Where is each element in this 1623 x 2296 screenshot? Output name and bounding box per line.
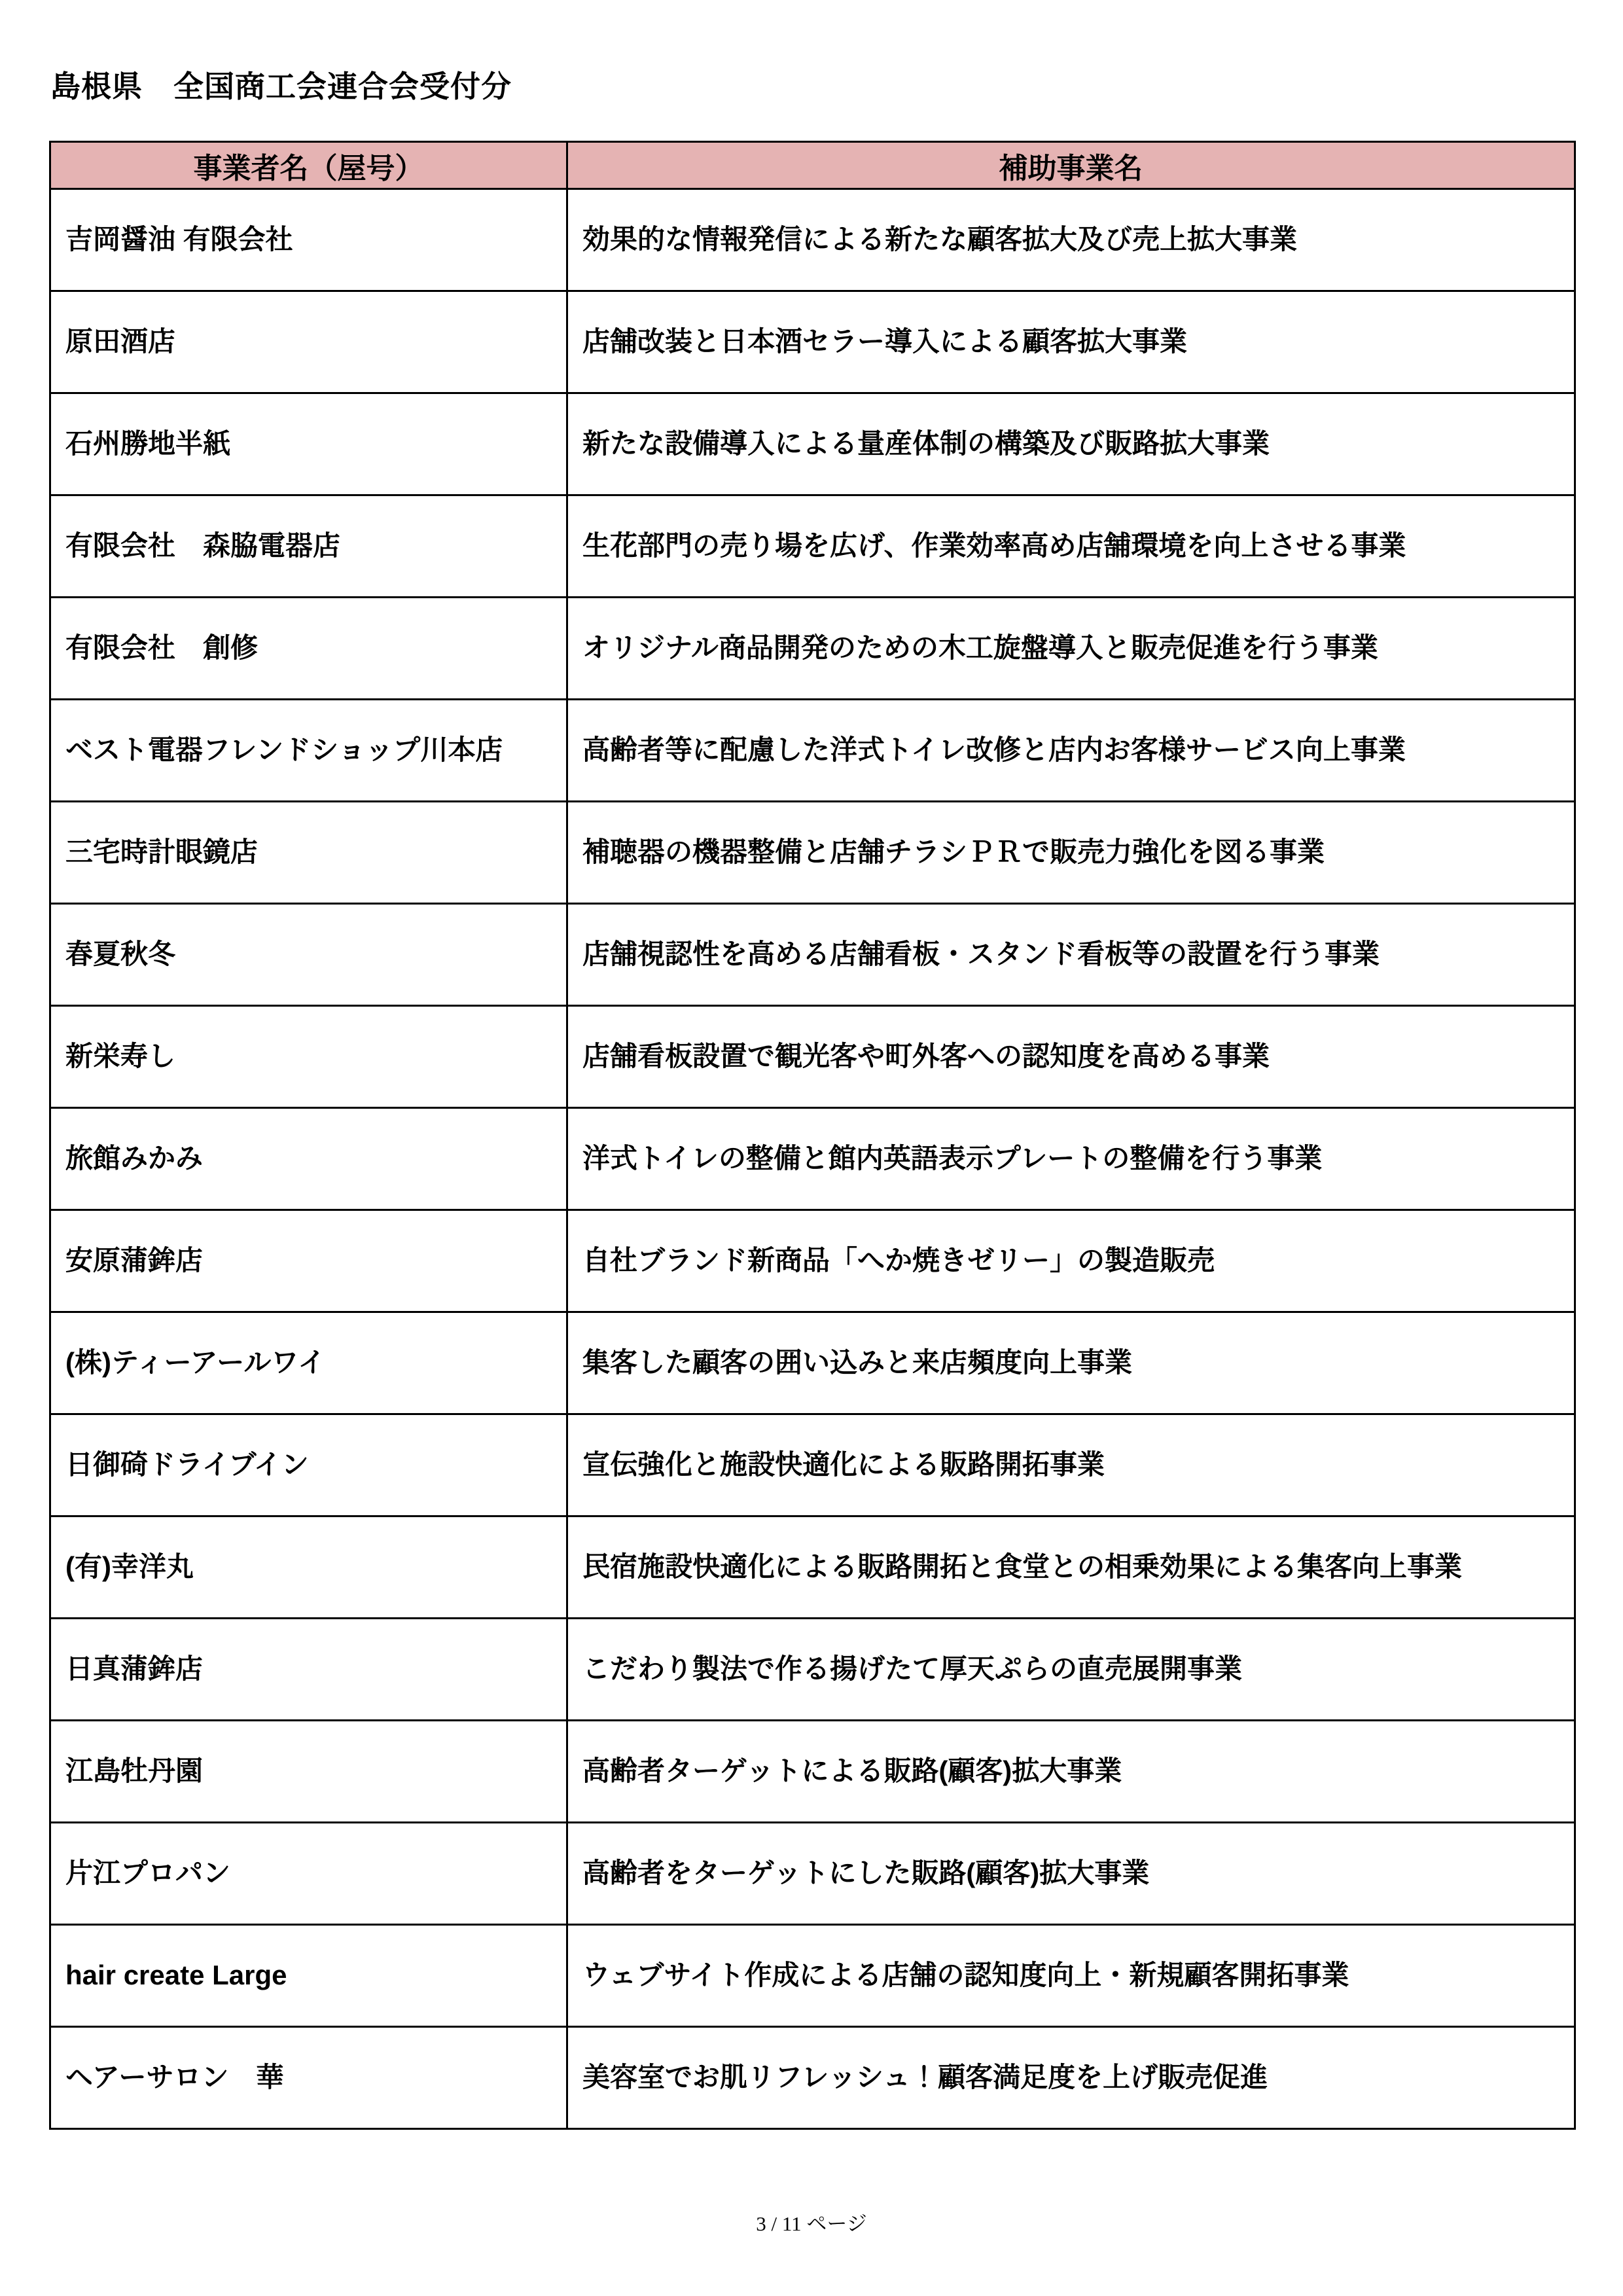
project-name-cell: 高齢者ターゲットによる販路(顧客)拡大事業 (567, 1721, 1575, 1823)
table-row: 旅館みかみ洋式トイレの整備と館内英語表示プレートの整備を行う事業 (50, 1108, 1575, 1210)
table-row: ベスト電器フレンドショップ川本店高齢者等に配慮した洋式トイレ改修と店内お客様サー… (50, 700, 1575, 802)
business-name-cell: 有限会社 森脇電器店 (50, 495, 567, 598)
table-row: (株)ティーアールワイ集客した顧客の囲い込みと来店頻度向上事業 (50, 1312, 1575, 1414)
business-name-cell: ベスト電器フレンドショップ川本店 (50, 700, 567, 802)
project-name-cell: 集客した顧客の囲い込みと来店頻度向上事業 (567, 1312, 1575, 1414)
table-row: 日御碕ドライブイン宣伝強化と施設快適化による販路開拓事業 (50, 1414, 1575, 1516)
project-name-cell: 店舗看板設置で観光客や町外客への認知度を高める事業 (567, 1006, 1575, 1108)
table-row: 有限会社 創修オリジナル商品開発のための木工旋盤導入と販売促進を行う事業 (50, 598, 1575, 700)
table-row: 有限会社 森脇電器店生花部門の売り場を広げ、作業効率高め店舗環境を向上させる事業 (50, 495, 1575, 598)
column-header-business-name: 事業者名（屋号） (50, 142, 567, 189)
project-name-cell: 洋式トイレの整備と館内英語表示プレートの整備を行う事業 (567, 1108, 1575, 1210)
subsidy-table: 事業者名（屋号） 補助事業名 吉岡醤油 有限会社効果的な情報発信による新たな顧客… (49, 141, 1576, 2130)
business-name-cell: 日真蒲鉾店 (50, 1619, 567, 1721)
project-name-cell: 新たな設備導入による量産体制の構築及び販路拡大事業 (567, 393, 1575, 495)
table-body: 吉岡醤油 有限会社効果的な情報発信による新たな顧客拡大及び売上拡大事業原田酒店店… (50, 189, 1575, 2129)
table-row: 江島牡丹園高齢者ターゲットによる販路(顧客)拡大事業 (50, 1721, 1575, 1823)
business-name-cell: 日御碕ドライブイン (50, 1414, 567, 1516)
table-row: 三宅時計眼鏡店補聴器の機器整備と店舗チラシＰＲで販売力強化を図る事業 (50, 802, 1575, 904)
project-name-cell: 民宿施設快適化による販路開拓と食堂との相乗効果による集客向上事業 (567, 1516, 1575, 1619)
project-name-cell: 店舗改装と日本酒セラー導入による顧客拡大事業 (567, 291, 1575, 393)
business-name-cell: 安原蒲鉾店 (50, 1210, 567, 1312)
table-row: 安原蒲鉾店自社ブランド新商品「へか焼きゼリー」の製造販売 (50, 1210, 1575, 1312)
business-name-cell: 春夏秋冬 (50, 904, 567, 1006)
table-header-row: 事業者名（屋号） 補助事業名 (50, 142, 1575, 189)
project-name-cell: ウェブサイト作成による店舗の認知度向上・新規顧客開拓事業 (567, 1925, 1575, 2027)
table-row: 新栄寿し店舗看板設置で観光客や町外客への認知度を高める事業 (50, 1006, 1575, 1108)
table-row: 吉岡醤油 有限会社効果的な情報発信による新たな顧客拡大及び売上拡大事業 (50, 189, 1575, 291)
table-row: (有)幸洋丸民宿施設快適化による販路開拓と食堂との相乗効果による集客向上事業 (50, 1516, 1575, 1619)
table-row: 片江プロパン高齢者をターゲットにした販路(顧客)拡大事業 (50, 1823, 1575, 1925)
project-name-cell: 自社ブランド新商品「へか焼きゼリー」の製造販売 (567, 1210, 1575, 1312)
document-page: { "page": { "title": "島根県 全国商工会連合会受付分", … (0, 0, 1623, 2296)
table-row: 原田酒店店舗改装と日本酒セラー導入による顧客拡大事業 (50, 291, 1575, 393)
project-name-cell: 店舗視認性を高める店舗看板・スタンド看板等の設置を行う事業 (567, 904, 1575, 1006)
business-name-cell: (有)幸洋丸 (50, 1516, 567, 1619)
project-name-cell: 高齢者をターゲットにした販路(顧客)拡大事業 (567, 1823, 1575, 1925)
business-name-cell: hair create Large (50, 1925, 567, 2027)
business-name-cell: 吉岡醤油 有限会社 (50, 189, 567, 291)
business-name-cell: 江島牡丹園 (50, 1721, 567, 1823)
business-name-cell: 新栄寿し (50, 1006, 567, 1108)
project-name-cell: 効果的な情報発信による新たな顧客拡大及び売上拡大事業 (567, 189, 1575, 291)
business-name-cell: 旅館みかみ (50, 1108, 567, 1210)
page-title: 島根県 全国商工会連合会受付分 (50, 63, 512, 106)
business-name-cell: 石州勝地半紙 (50, 393, 567, 495)
business-name-cell: 片江プロパン (50, 1823, 567, 1925)
project-name-cell: 補聴器の機器整備と店舗チラシＰＲで販売力強化を図る事業 (567, 802, 1575, 904)
project-name-cell: 美容室でお肌リフレッシュ！顧客満足度を上げ販売促進 (567, 2027, 1575, 2129)
business-name-cell: 三宅時計眼鏡店 (50, 802, 567, 904)
business-name-cell: 原田酒店 (50, 291, 567, 393)
column-header-project-name: 補助事業名 (567, 142, 1575, 189)
table-row: ヘアーサロン 華美容室でお肌リフレッシュ！顧客満足度を上げ販売促進 (50, 2027, 1575, 2129)
table-row: 日真蒲鉾店こだわり製法で作る揚げたて厚天ぷらの直売展開事業 (50, 1619, 1575, 1721)
project-name-cell: オリジナル商品開発のための木工旋盤導入と販売促進を行う事業 (567, 598, 1575, 700)
table-row: hair create Largeウェブサイト作成による店舗の認知度向上・新規顧… (50, 1925, 1575, 2027)
project-name-cell: 高齢者等に配慮した洋式トイレ改修と店内お客様サービス向上事業 (567, 700, 1575, 802)
project-name-cell: こだわり製法で作る揚げたて厚天ぷらの直売展開事業 (567, 1619, 1575, 1721)
project-name-cell: 生花部門の売り場を広げ、作業効率高め店舗環境を向上させる事業 (567, 495, 1575, 598)
table-row: 春夏秋冬店舗視認性を高める店舗看板・スタンド看板等の設置を行う事業 (50, 904, 1575, 1006)
business-name-cell: 有限会社 創修 (50, 598, 567, 700)
business-name-cell: (株)ティーアールワイ (50, 1312, 567, 1414)
table-row: 石州勝地半紙新たな設備導入による量産体制の構築及び販路拡大事業 (50, 393, 1575, 495)
project-name-cell: 宣伝強化と施設快適化による販路開拓事業 (567, 1414, 1575, 1516)
page-number: 3 / 11 ページ (0, 2207, 1623, 2236)
business-name-cell: ヘアーサロン 華 (50, 2027, 567, 2129)
